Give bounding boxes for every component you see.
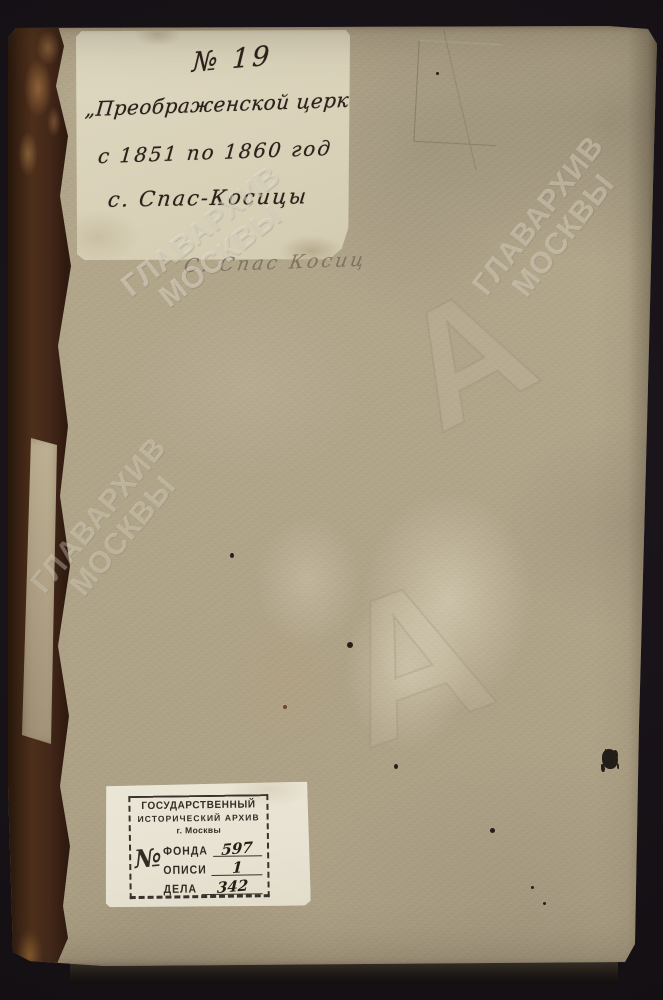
stamp-field-row-delo: ДЕЛА 342	[163, 875, 262, 895]
field-underline: 342	[202, 874, 263, 895]
handwritten-church-name: „Преображенской церкви	[84, 87, 376, 121]
field-underline: 1	[212, 855, 263, 876]
title-label: № 19 „Преображенской церкви с 1851 по 18…	[76, 30, 350, 260]
spine-worn-leather	[8, 26, 72, 216]
photo-background: № 19 „Преображенской церкви с 1851 по 18…	[0, 0, 663, 1000]
ink-speck	[436, 72, 439, 75]
ink-speck	[347, 642, 353, 648]
ink-speck	[394, 764, 398, 769]
field-label: ДЕЛА	[164, 882, 198, 896]
watermark-line2: МОСКВЫ	[480, 135, 646, 336]
red-speck	[283, 705, 287, 709]
stamp-fields: № ФОНДА 597 ОПИСИ 1	[131, 837, 268, 896]
archive-stamp-label: ГОСУДАРСТВЕННЫЙ ИСТОРИЧЕСКИЙ АРХИВ г. Мо…	[104, 782, 311, 909]
field-underline: 597	[213, 836, 262, 857]
ink-blot	[602, 749, 618, 769]
handwritten-village: с. Спас-Косицы	[107, 184, 310, 212]
watermark-line1: ГЛАВАРХИВ	[455, 115, 621, 316]
handwritten-years: с 1851 по 1860 год	[97, 136, 333, 168]
numero-symbol: №	[133, 845, 165, 897]
stamp-field-rows: ФОНДА 597 ОПИСИ 1 ДЕЛА	[163, 837, 263, 895]
spine-bottom-wear	[16, 929, 43, 983]
ink-speck	[531, 886, 534, 889]
ink-speck	[230, 553, 234, 558]
watermark-letter-a: А	[374, 256, 557, 458]
stamp-city: г. Москвы	[131, 824, 267, 836]
cover-right-edge-shading	[628, 26, 658, 966]
stamp-org-line1: ГОСУДАРСТВЕННЫЙ	[130, 799, 266, 812]
field-label: ФОНДА	[163, 844, 208, 858]
book-cover: № 19 „Преображенской церкви с 1851 по 18…	[8, 26, 658, 966]
field-label: ОПИСИ	[163, 863, 207, 877]
ink-speck	[490, 828, 495, 833]
watermark-text: ГЛАВАРХИВ МОСКВЫ	[455, 115, 646, 335]
watermark-letter-a: А	[308, 542, 512, 779]
ink-speck	[543, 902, 546, 905]
handwritten-case-number: № 19	[191, 40, 273, 78]
field-value: 342	[216, 876, 248, 897]
stamp-org-line2: ИСТОРИЧЕСКИЙ АРХИВ	[131, 812, 267, 824]
stamp-box: ГОСУДАРСТВЕННЫЙ ИСТОРИЧЕСКИЙ АРХИВ г. Мо…	[128, 794, 269, 899]
